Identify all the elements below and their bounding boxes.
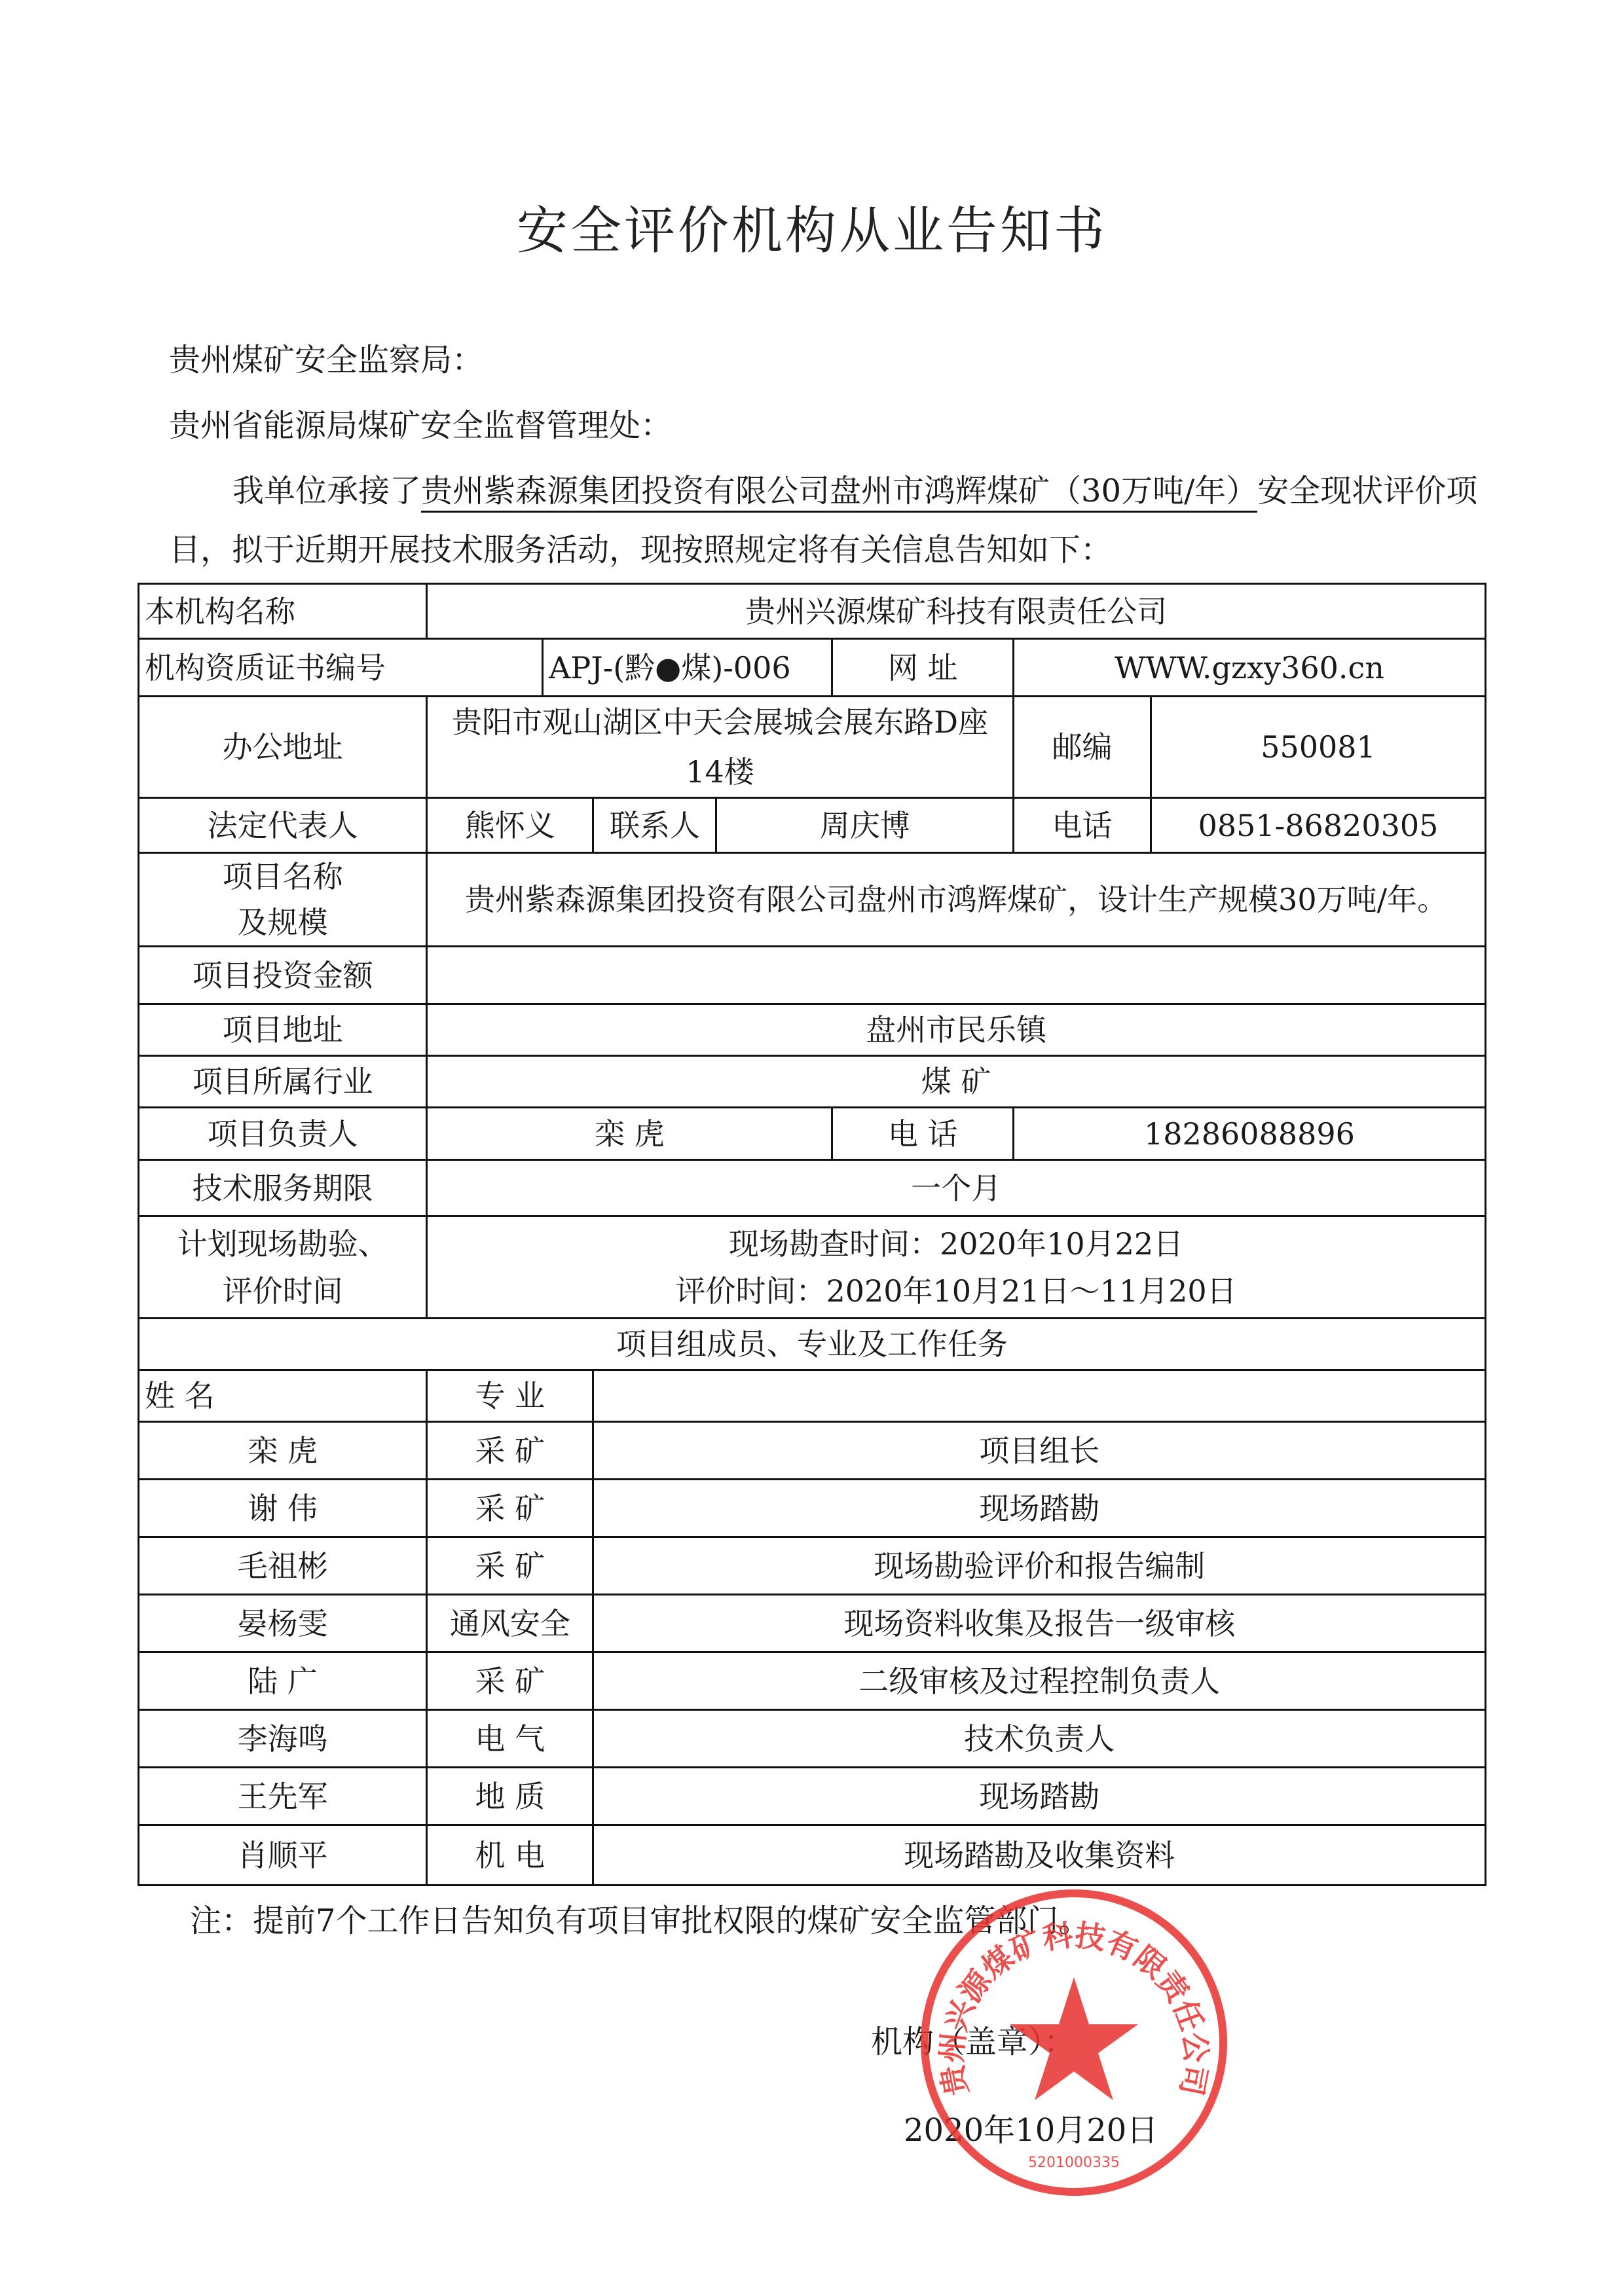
- member-name: 栾 虎: [139, 1422, 427, 1480]
- table-row: 栾 虎 采 矿 项目组长: [139, 1422, 1486, 1480]
- member-task: 现场踏勘及收集资料: [593, 1825, 1486, 1886]
- schedule: 现场勘查时间：2020年10月22日 评价时间：2020年10月21日～11月2…: [427, 1216, 1486, 1319]
- member-task: 现场踏勘: [593, 1768, 1486, 1825]
- table-row: 谢 伟 采 矿 现场踏勘: [139, 1480, 1486, 1537]
- recipient-1: 贵州煤矿安全监察局：: [169, 340, 483, 380]
- cert-number: APJ-(黔●煤)-006: [543, 639, 832, 697]
- table-row: 李海鸣 电 气 技术负责人: [139, 1710, 1486, 1768]
- industry-label: 项目所属行业: [139, 1056, 427, 1108]
- leader-label: 项目负责人: [139, 1108, 427, 1160]
- investment: [427, 947, 1486, 1004]
- col-major-header: 专 业: [427, 1370, 593, 1422]
- seal-number: 5201000335: [1028, 2155, 1120, 2171]
- project-name: 贵州紫森源集团投资有限公司盘州市鸿辉煤矿，设计生产规模30万吨/年。: [427, 853, 1486, 947]
- schedule-label: 计划现场勘验、 评价时间: [139, 1216, 427, 1319]
- intro-line-2: 目，拟于近期开展技术服务活动，现按照规定将有关信息告知如下：: [169, 530, 1112, 570]
- col-name-header: 姓 名: [139, 1370, 427, 1422]
- intro-project: 贵州紫森源集团投资有限公司盘州市鸿辉煤矿（30万吨/年）: [421, 473, 1257, 513]
- contact-label: 联系人: [593, 798, 716, 853]
- company-seal-icon: 贵州兴源煤矿科技有限责任公司 5201000335: [917, 1886, 1231, 2200]
- member-major: 采 矿: [427, 1422, 593, 1480]
- member-task: 现场勘验评价和报告编制: [593, 1537, 1486, 1595]
- website-label: 网 址: [832, 639, 1013, 697]
- phone-label: 电话: [1013, 798, 1151, 853]
- legal-rep: 熊怀义: [427, 798, 593, 853]
- office-address: 贵阳市观山湖区中天会展城会展东路D座14楼: [427, 697, 1014, 798]
- phone: 0851-86820305: [1151, 798, 1486, 853]
- period: 一个月: [427, 1160, 1486, 1216]
- contact: 周庆博: [716, 798, 1013, 853]
- investment-label: 项目投资金额: [139, 947, 427, 1004]
- leader-phone: 18286088896: [1013, 1108, 1485, 1160]
- recipient-2: 贵州省能源局煤矿安全监督管理处：: [169, 406, 672, 445]
- postcode: 550081: [1151, 697, 1486, 798]
- info-table: 本机构名称 贵州兴源煤矿科技有限责任公司 机构资质证书编号 APJ-(黔●煤)-…: [138, 583, 1486, 1886]
- member-major: 通风安全: [427, 1595, 593, 1652]
- office-label: 办公地址: [139, 697, 427, 798]
- member-name: 晏杨雯: [139, 1595, 427, 1652]
- project-address-label: 项目地址: [139, 1004, 427, 1056]
- website: WWW.gzxy360.cn: [1013, 639, 1485, 697]
- cert-label: 机构资质证书编号: [139, 639, 543, 697]
- intro-prefix: 我单位承接了: [232, 473, 421, 509]
- legal-rep-label: 法定代表人: [139, 798, 427, 853]
- member-name: 李海鸣: [139, 1710, 427, 1768]
- project-name-label: 项目名称 及规模: [139, 853, 427, 947]
- project-address: 盘州市民乐镇: [427, 1004, 1486, 1056]
- postcode-label: 邮编: [1013, 697, 1151, 798]
- org-name: 贵州兴源煤矿科技有限责任公司: [427, 584, 1486, 639]
- industry: 煤 矿: [427, 1056, 1486, 1108]
- table-row: 毛祖彬 采 矿 现场勘验评价和报告编制: [139, 1537, 1486, 1595]
- period-label: 技术服务期限: [139, 1160, 427, 1216]
- member-task: 项目组长: [593, 1422, 1486, 1480]
- table-row: 王先军 地 质 现场踏勘: [139, 1768, 1486, 1825]
- eval-time: 评价时间：2020年10月21日～11月20日: [433, 1267, 1479, 1315]
- member-name: 谢 伟: [139, 1480, 427, 1537]
- table-row: 晏杨雯 通风安全 现场资料收集及报告一级审核: [139, 1595, 1486, 1652]
- member-name: 王先军: [139, 1768, 427, 1825]
- member-major: 采 矿: [427, 1537, 593, 1595]
- org-name-label: 本机构名称: [139, 584, 427, 639]
- leader: 栾 虎: [427, 1108, 832, 1160]
- member-name: 陆 广: [139, 1652, 427, 1710]
- member-major: 采 矿: [427, 1480, 593, 1537]
- project-name-label-1: 项目名称: [145, 854, 420, 900]
- table-row: 陆 广 采 矿 二级审核及过程控制负责人: [139, 1652, 1486, 1710]
- intro-paragraph: 我单位承接了贵州紫森源集团投资有限公司盘州市鸿辉煤矿（30万吨/年）安全现状评价…: [232, 471, 1477, 511]
- member-name: 毛祖彬: [139, 1537, 427, 1595]
- member-major: 地 质: [427, 1768, 593, 1825]
- table-row: 肖顺平 机 电 现场踏勘及收集资料: [139, 1825, 1486, 1886]
- intro-suffix: 安全现状评价项: [1257, 473, 1477, 509]
- member-task: 现场踏勘: [593, 1480, 1486, 1537]
- member-major: 机 电: [427, 1825, 593, 1886]
- schedule-label-1: 计划现场勘验、: [145, 1220, 420, 1267]
- col-task-header: [593, 1370, 1486, 1422]
- team-header: 项目组成员、专业及工作任务: [139, 1319, 1486, 1370]
- survey-time: 现场勘查时间：2020年10月22日: [433, 1220, 1479, 1267]
- member-major: 电 气: [427, 1710, 593, 1768]
- project-name-label-2: 及规模: [145, 900, 420, 945]
- member-name: 肖顺平: [139, 1825, 427, 1886]
- document-title: 安全评价机构从业告知书: [0, 190, 1624, 263]
- schedule-label-2: 评价时间: [145, 1267, 420, 1315]
- member-task: 现场资料收集及报告一级审核: [593, 1595, 1486, 1652]
- member-task: 二级审核及过程控制负责人: [593, 1652, 1486, 1710]
- member-major: 采 矿: [427, 1652, 593, 1710]
- member-task: 技术负责人: [593, 1710, 1486, 1768]
- leader-phone-label: 电 话: [832, 1108, 1013, 1160]
